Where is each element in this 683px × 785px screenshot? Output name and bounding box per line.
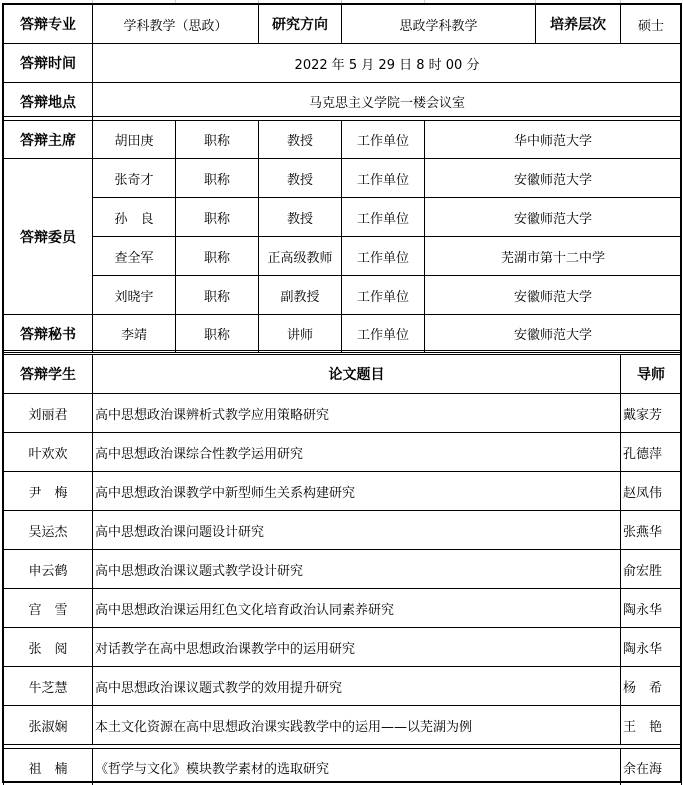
section-divider	[2, 350, 681, 351]
table-frame	[2, 3, 682, 783]
section-divider	[2, 116, 681, 117]
